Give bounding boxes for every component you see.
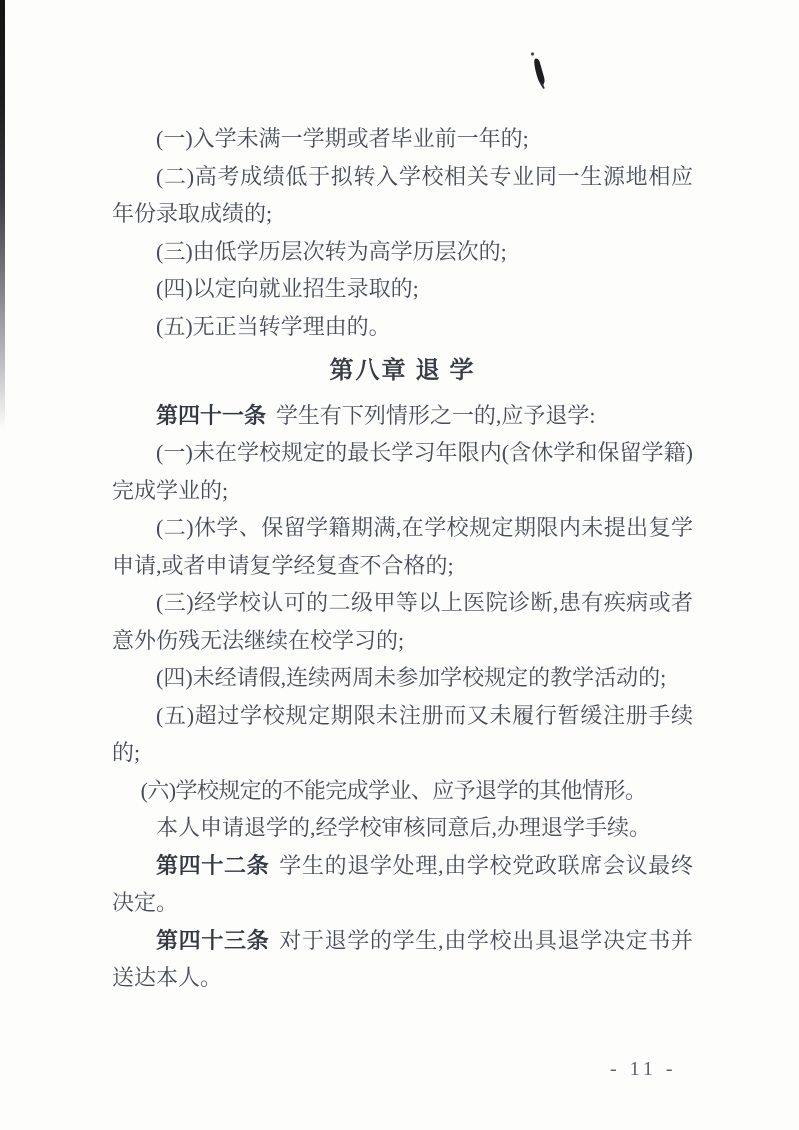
article-number: 第四十三条 <box>156 928 269 953</box>
ink-smudge-icon <box>525 48 551 94</box>
article-number: 第四十一条 <box>156 403 266 428</box>
paragraph-text: 学生有下列情形之一的,应予退学: <box>276 403 596 428</box>
article-paragraph: 第四十三条对于退学的学生,由学校出具退学决定书并送达本人。 <box>112 922 693 997</box>
scanned-document-page: (一)入学未满一学期或者毕业前一年的; (二)高考成绩低于拟转入学校相关专业同一… <box>0 0 799 1130</box>
article-paragraph: 本人申请退学的,经学校审核同意后,办理退学手续。 <box>112 809 693 847</box>
page-number: - 11 - <box>610 1058 677 1081</box>
paragraph-text: (四)以定向就业招生录取的; <box>156 276 419 301</box>
article-paragraph: 第四十一条学生有下列情形之一的,应予退学: <box>112 397 693 435</box>
list-item: (一)未在学校规定的最长学习年限内(含休学和保留学籍)完成学业的; <box>112 434 693 509</box>
paragraph-text: (二)高考成绩低于拟转入学校相关专业同一生源地相应年份录取成绩的; <box>112 164 693 227</box>
list-item: (四)未经请假,连续两周未参加学校规定的教学活动的; <box>112 659 693 697</box>
paragraph-text: (一)入学未满一学期或者毕业前一年的; <box>156 126 529 151</box>
article-paragraph: 第四十二条学生的退学处理,由学校党政联席会议最终决定。 <box>112 847 693 922</box>
paragraph-text: 本人申请退学的,经学校审核同意后,办理退学手续。 <box>156 815 651 840</box>
paragraph-text: (五)超过学校规定期限未注册而又未履行暂缓注册手续的; <box>112 703 693 766</box>
list-item: (二)休学、保留学籍期满,在学校规定期限内未提出复学申请,或者申请复学经复查不合… <box>112 509 693 584</box>
scan-edge-shadow <box>0 0 5 430</box>
list-item: (三)由低学历层次转为高学历层次的; <box>112 233 693 271</box>
list-item: (三)经学校认可的二级甲等以上医院诊断,患有疾病或者意外伤残无法继续在校学习的; <box>112 584 693 659</box>
paragraph-text: (四)未经请假,连续两周未参加学校规定的教学活动的; <box>156 665 666 690</box>
document-body: (一)入学未满一学期或者毕业前一年的; (二)高考成绩低于拟转入学校相关专业同一… <box>112 120 693 997</box>
paragraph-text: (五)无正当转学理由的。 <box>156 314 391 339</box>
chapter-heading: 第八章 退 学 <box>112 353 693 391</box>
article-number: 第四十二条 <box>156 853 269 878</box>
list-item: (五)无正当转学理由的。 <box>112 308 693 346</box>
list-item: (二)高考成绩低于拟转入学校相关专业同一生源地相应年份录取成绩的; <box>112 158 693 233</box>
paragraph-text: (三)由低学历层次转为高学历层次的; <box>156 239 507 264</box>
list-item: (四)以定向就业招生录取的; <box>112 270 693 308</box>
paragraph-text: (三)经学校认可的二级甲等以上医院诊断,患有疾病或者意外伤残无法继续在校学习的; <box>112 590 693 653</box>
list-item: (五)超过学校规定期限未注册而又未履行暂缓注册手续的; <box>112 697 693 772</box>
list-item: (六)学校规定的不能完成学业、应予退学的其他情形。 <box>112 772 693 810</box>
paragraph-text: (一)未在学校规定的最长学习年限内(含休学和保留学籍)完成学业的; <box>112 440 693 503</box>
paragraph-text: (二)休学、保留学籍期满,在学校规定期限内未提出复学申请,或者申请复学经复查不合… <box>112 515 693 578</box>
list-item: (一)入学未满一学期或者毕业前一年的; <box>112 120 693 158</box>
paragraph-text: (六)学校规定的不能完成学业、应予退学的其他情形。 <box>141 778 647 803</box>
